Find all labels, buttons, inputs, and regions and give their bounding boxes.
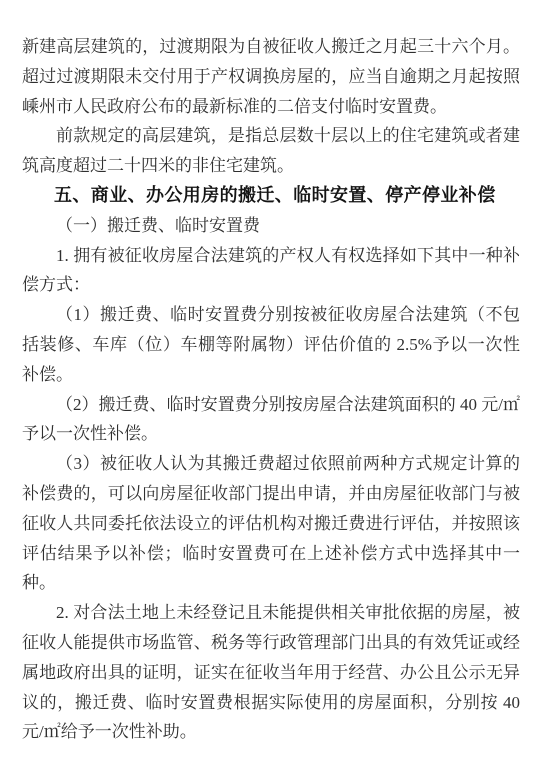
sub-heading: （一）搬迁费、临时安置费 bbox=[22, 211, 520, 241]
body-paragraph-continuation: 新建高层建筑的，过渡期限为自被征收人搬迁之月起三十六个月。超过过渡期限未交付用于… bbox=[22, 32, 520, 121]
body-paragraph: （1）搬迁费、临时安置费分别按被征收房屋合法建筑（不包括装修、车库（位）车棚等附… bbox=[22, 300, 520, 389]
body-paragraph: 前款规定的高层建筑，是指总层数十层以上的住宅建筑或者建筑高度超过二十四米的非住宅… bbox=[22, 121, 520, 181]
body-paragraph: 2. 对合法土地上未经登记且未能提供相关审批依据的房屋，被征收人能提供市场监管、… bbox=[22, 598, 520, 747]
body-paragraph: （3）被征收人认为其搬迁费超过依照前两种方式规定计算的补偿费的，可以向房屋征收部… bbox=[22, 449, 520, 598]
section-heading: 五、商业、办公用房的搬迁、临时安置、停产停业补偿 bbox=[22, 181, 520, 211]
body-paragraph: （2）搬迁费、临时安置费分别按房屋合法建筑面积的 40 元/㎡予以一次性补偿。 bbox=[22, 390, 520, 450]
document-page: 新建高层建筑的，过渡期限为自被征收人搬迁之月起三十六个月。超过过渡期限未交付用于… bbox=[0, 0, 545, 759]
body-paragraph: 1. 拥有被征收房屋合法建筑的产权人有权选择如下其中一种补偿方式： bbox=[22, 241, 520, 301]
